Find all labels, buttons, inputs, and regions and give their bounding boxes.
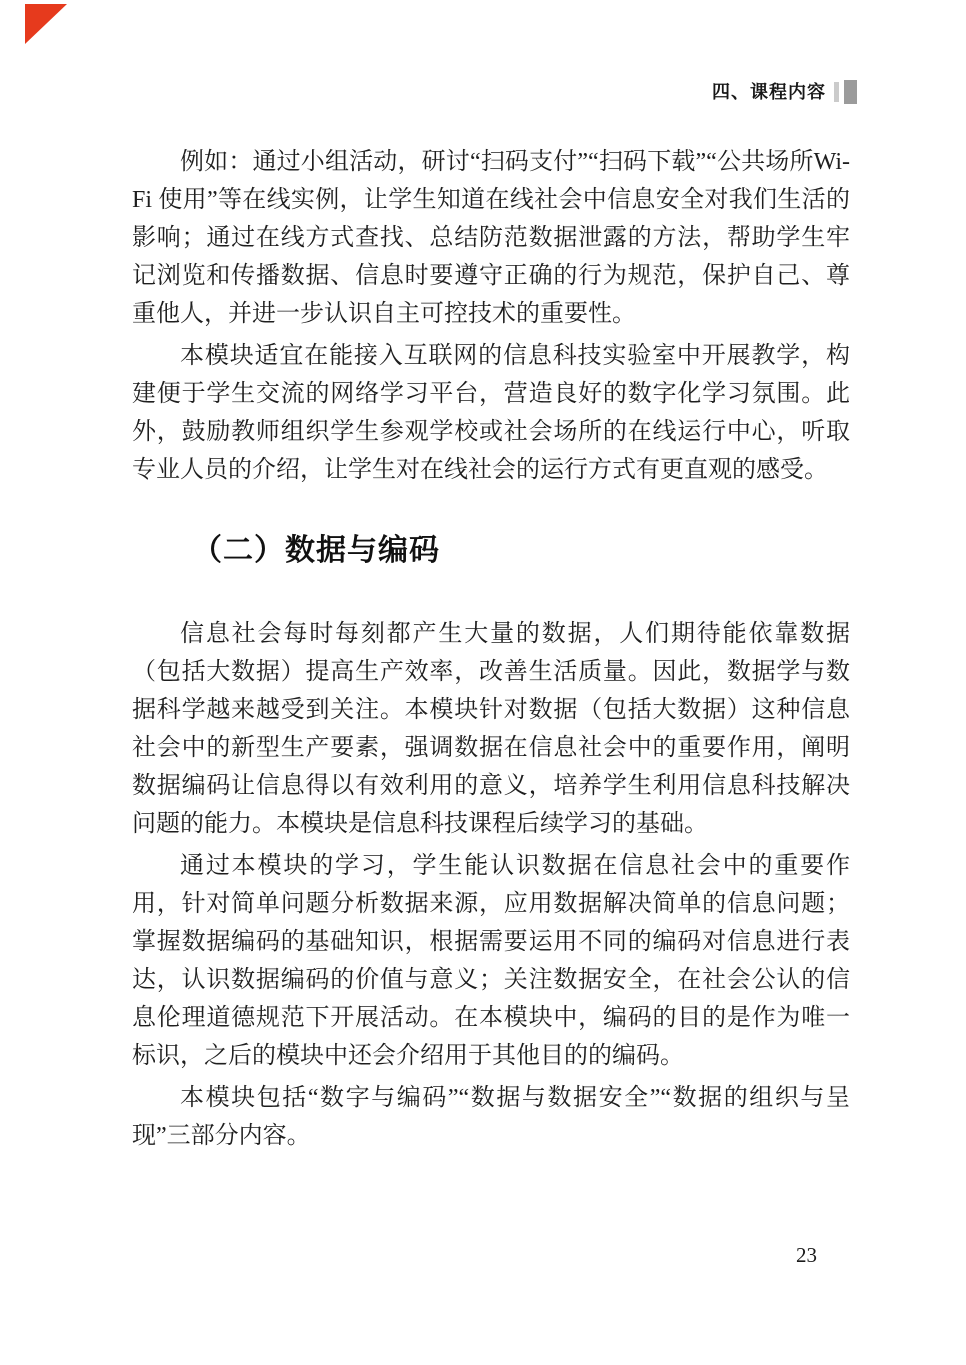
page-number: 23	[796, 1243, 817, 1267]
paragraph-module-parts: 本模块包括“数字与编码”“数据与数据安全”“数据的组织与呈现”三部分内容。	[132, 1079, 850, 1155]
header-bar-dark	[844, 80, 857, 104]
paragraph-module-teaching-advice: 本模块适宜在能接入互联网的信息科技实验室中开展教学，构建便于学生交流的网络学习平…	[132, 337, 850, 489]
paragraph-example-online-safety: 例如：通过小组活动，研讨“扫码支付”“扫码下载”“公共场所Wi-Fi 使用”等在…	[132, 143, 850, 333]
running-header: 四、课程内容	[0, 80, 857, 104]
page-content: 例如：通过小组活动，研讨“扫码支付”“扫码下载”“公共场所Wi-Fi 使用”等在…	[132, 143, 850, 1159]
header-bar-light	[834, 82, 839, 102]
paragraph-module-learning-goals: 通过本模块的学习，学生能认识数据在信息社会中的重要作用，针对简单问题分析数据来源…	[132, 847, 850, 1075]
chapter-header-title: 四、课程内容	[712, 80, 826, 104]
red-corner-ribbon-icon	[25, 4, 67, 44]
section-heading-data-and-coding: （二）数据与编码	[132, 531, 850, 571]
paragraph-data-society-intro: 信息社会每时每刻都产生大量的数据，人们期待能依靠数据（包括大数据）提高生产效率，…	[132, 615, 850, 843]
